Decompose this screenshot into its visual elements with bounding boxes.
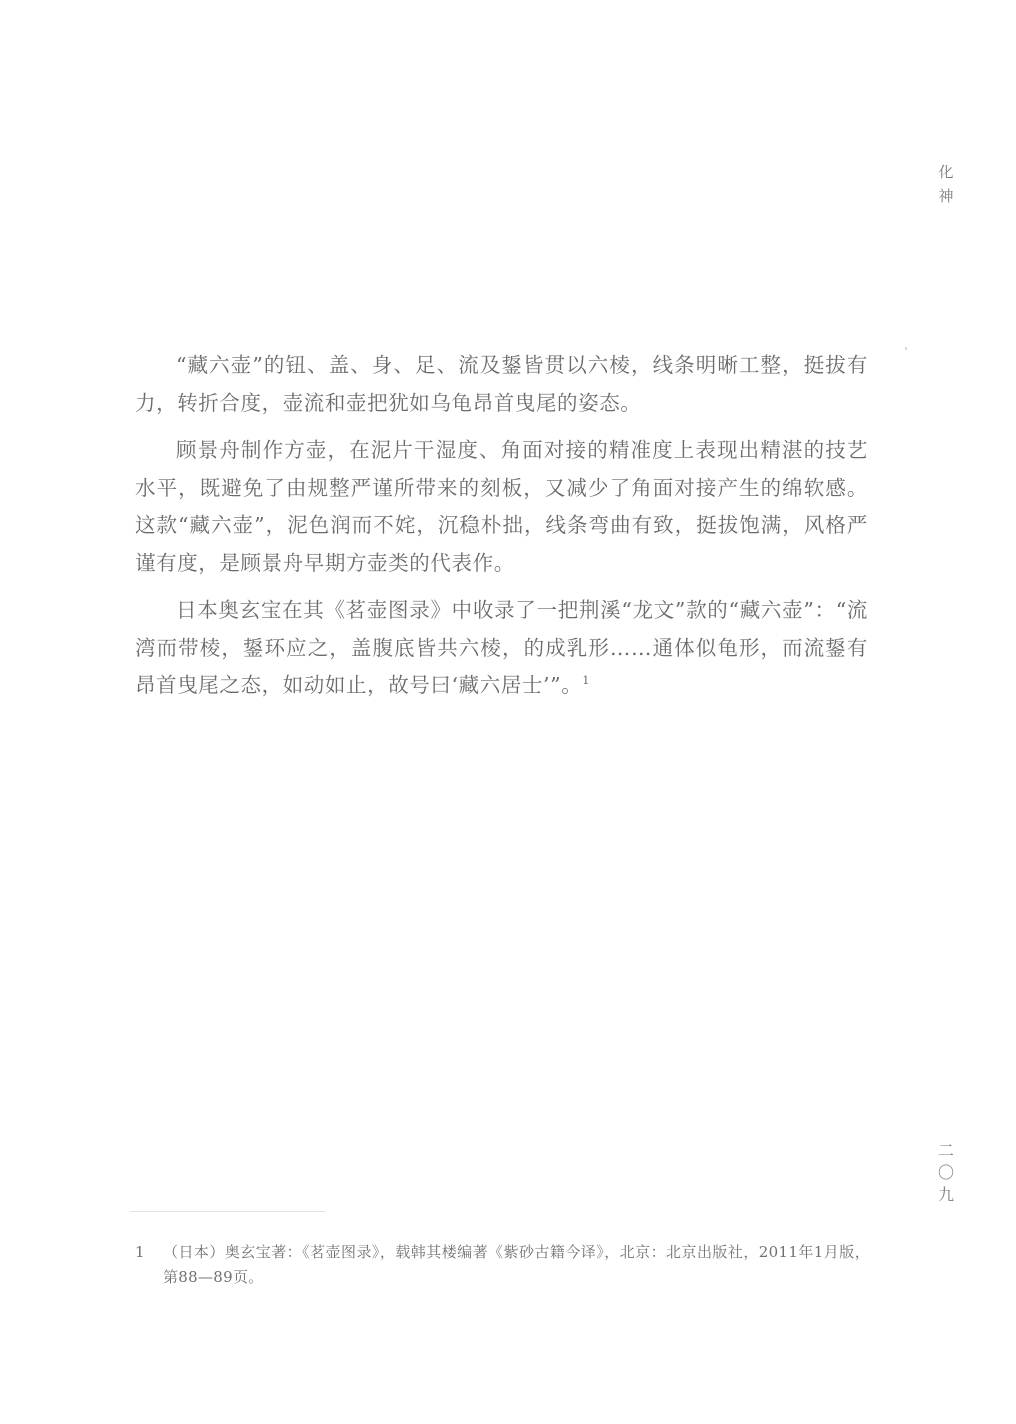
footnote-text: （日本）奥玄宝著：《茗壶图录》，载韩其楼编著《紫砂古籍今译》，北京：北京出版社，…: [163, 1240, 870, 1290]
running-head: 化 神: [936, 160, 956, 208]
body-text: “藏六壶”的钮、盖、身、足、流及鋬皆贯以六棱，线条明晰工整，挺拔有力，转折合度，…: [135, 347, 868, 715]
page-number-char: 〇: [936, 1162, 956, 1184]
running-head-char: 神: [936, 184, 956, 208]
paragraph: 日本奥玄宝在其《茗壶图录》中收录了一把荆溪“龙文”款的“藏六壶”：“流湾而带棱，…: [135, 592, 868, 705]
paragraph-text: “藏六壶”的钮、盖、身、足、流及鋬皆贯以六棱，线条明晰工整，挺拔有力，转折合度，…: [135, 353, 868, 415]
footnote: 1 （日本）奥玄宝著：《茗壶图录》，载韩其楼编著《紫砂古籍今译》，北京：北京出版…: [135, 1240, 870, 1290]
scan-speck: [905, 347, 907, 350]
page-number: 二 〇 九: [936, 1140, 956, 1206]
paragraph: “藏六壶”的钮、盖、身、足、流及鋬皆贯以六棱，线条明晰工整，挺拔有力，转折合度，…: [135, 347, 868, 422]
paragraph-text: 日本奥玄宝在其《茗壶图录》中收录了一把荆溪“龙文”款的“藏六壶”：“流湾而带棱，…: [135, 598, 868, 697]
footnote-reference[interactable]: 1: [582, 674, 589, 687]
footnote-number: 1: [135, 1240, 145, 1265]
paragraph-text: 顾景舟制作方壶，在泥片干湿度、角面对接的精准度上表现出精湛的技艺水平，既避免了由…: [135, 438, 868, 575]
page-number-char: 九: [936, 1184, 956, 1206]
paragraph: 顾景舟制作方壶，在泥片干湿度、角面对接的精准度上表现出精湛的技艺水平，既避免了由…: [135, 432, 868, 582]
footnote-divider: [130, 1211, 325, 1212]
page-number-char: 二: [936, 1140, 956, 1162]
running-head-char: 化: [936, 160, 956, 184]
